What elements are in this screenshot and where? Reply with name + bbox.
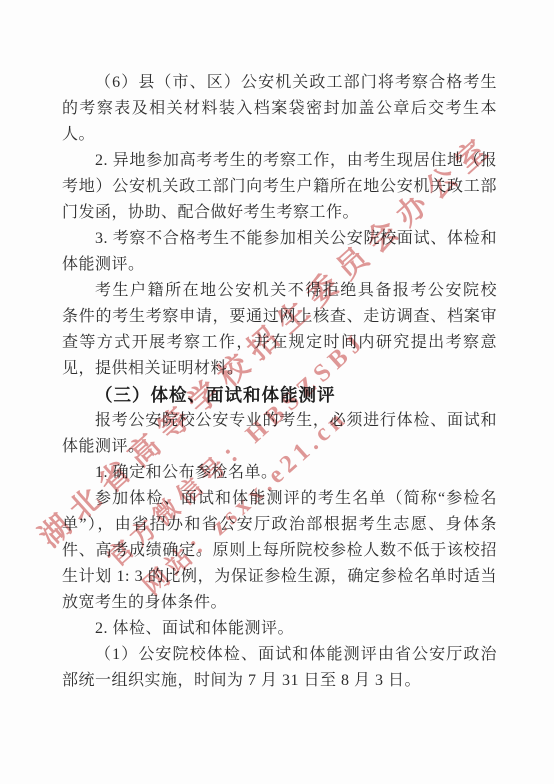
- section-heading: （三）体检、面试和体能测评: [62, 382, 497, 408]
- text-line: 的考察表及相关材料装入档案袋密封加盖公章后交考生本: [62, 96, 497, 122]
- text-line: 单”），由省招办和省公安厅政治部根据考生志愿、身体条: [62, 512, 497, 538]
- text-line: 件、高考成绩确定。原则上每所院校参检人数不低于该校招: [62, 538, 497, 564]
- text-line: 查等方式开展考察工作，并在规定时间内研究提出考察意: [62, 330, 497, 356]
- text-line: 部统一组织实施，时间为 7 月 31 日至 8 月 3 日。: [62, 668, 497, 694]
- text-line: （6）县（市、区）公安机关政工部门将考察合格考生: [62, 70, 497, 96]
- text-line: 2. 体检、面试和体能测评。: [62, 616, 497, 642]
- document-body: （6）县（市、区）公安机关政工部门将考察合格考生的考察表及相关材料装入档案袋密封…: [62, 70, 497, 694]
- text-line: 生计划 1: 3 的比例，为保证参检生源，确定参检名单时适当: [62, 564, 497, 590]
- text-line: 人。: [62, 122, 497, 148]
- text-line: 条件的考生考察申请，要通过网上核查、走访调查、档案审: [62, 304, 497, 330]
- text-line: 1. 确定和公布参检名单。: [62, 460, 497, 486]
- text-line: 报考公安院校公安专业的考生，必须进行体检、面试和: [62, 408, 497, 434]
- text-line: 考生户籍所在地公安机关不得拒绝具备报考公安院校: [62, 278, 497, 304]
- text-line: 门发函，协助、配合做好考生考察工作。: [62, 200, 497, 226]
- text-line: 放宽考生的身体条件。: [62, 590, 497, 616]
- document-page: （6）县（市、区）公安机关政工部门将考察合格考生的考察表及相关材料装入档案袋密封…: [0, 0, 554, 784]
- text-line: 考地）公安机关政工部门向考生户籍所在地公安机关政工部: [62, 174, 497, 200]
- text-line: （1）公安院校体检、面试和体能测评由省公安厅政治: [62, 642, 497, 668]
- text-line: 2. 异地参加高考考生的考察工作，由考生现居住地（报: [62, 148, 497, 174]
- text-line: 3. 考察不合格考生不能参加相关公安院校面试、体检和: [62, 226, 497, 252]
- text-line: 体能测评。: [62, 434, 497, 460]
- text-line: 参加体检、面试和体能测评的考生名单（简称“参检名: [62, 486, 497, 512]
- text-line: 见，提供相关证明材料。: [62, 356, 497, 382]
- text-line: 体能测评。: [62, 252, 497, 278]
